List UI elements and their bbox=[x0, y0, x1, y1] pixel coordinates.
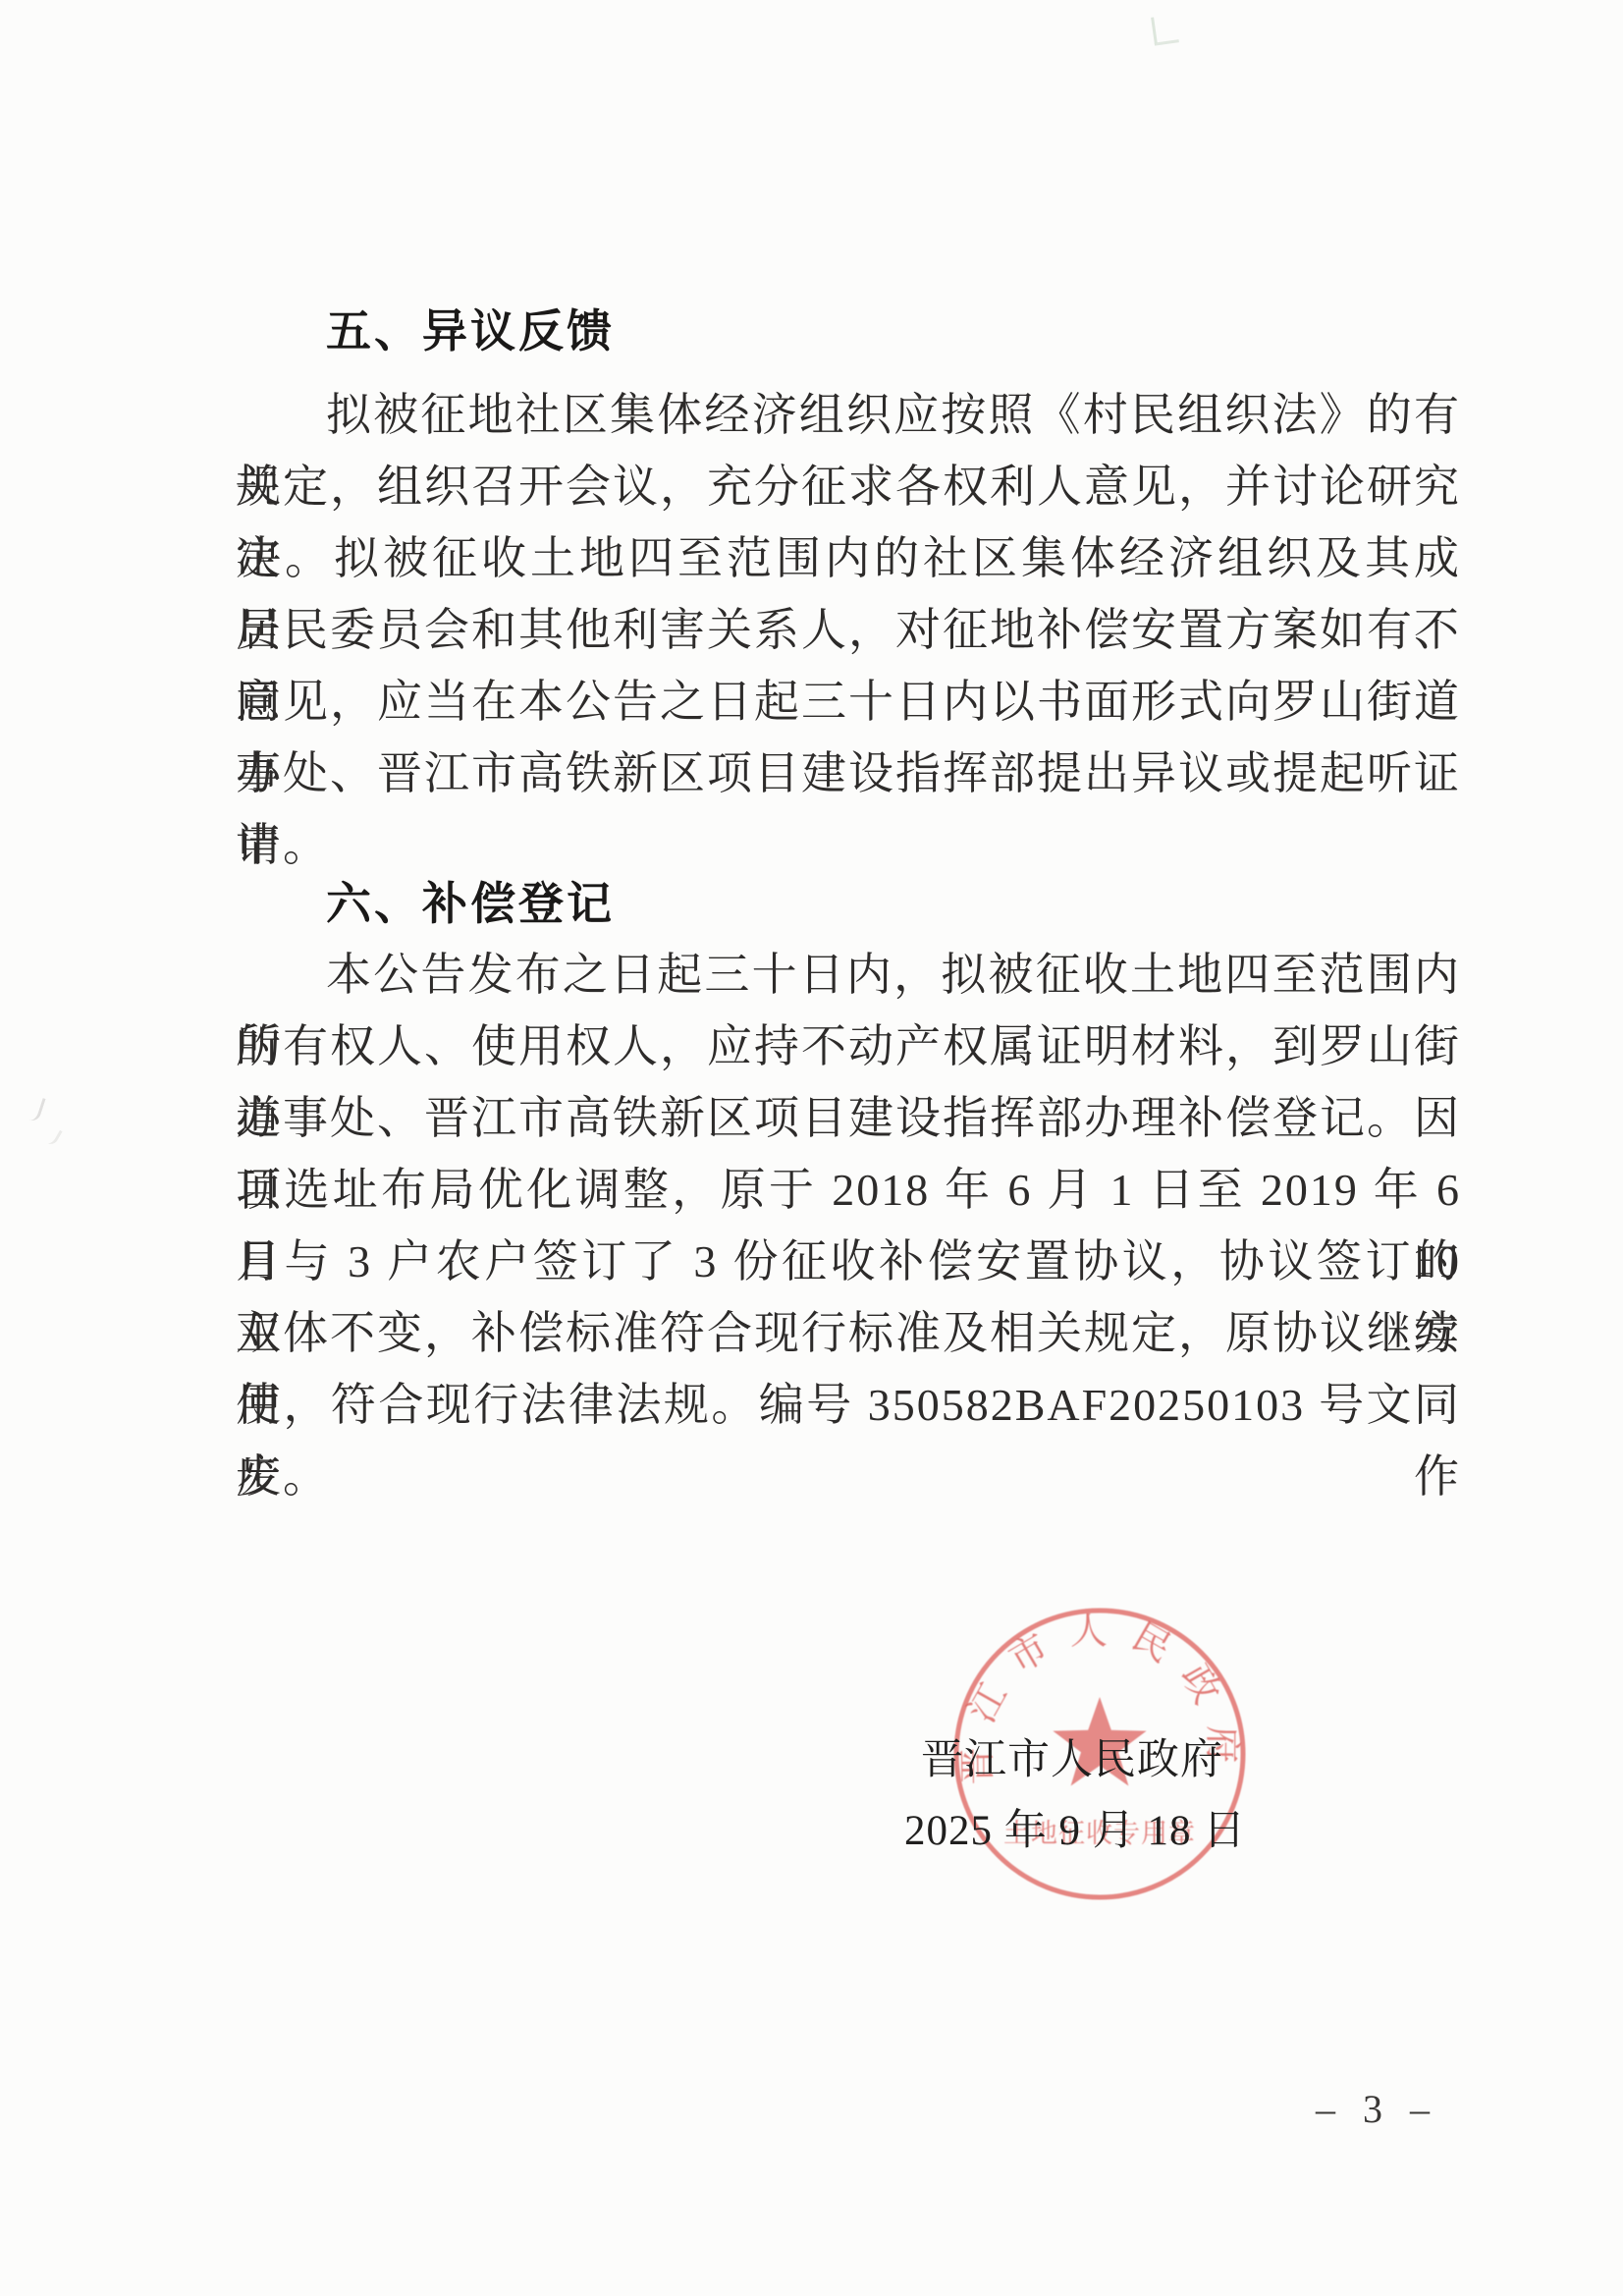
signature-issuer: 晋江市人民政府 bbox=[921, 1726, 1223, 1786]
document-page: 五、异议反馈 拟被征地社区集体经济组织应按照《村民组织法》的有关 规定，组织召开… bbox=[0, 0, 1623, 2296]
paragraph-compensation-registration: 本公告发布之日起三十日内，拟被征收土地四至范围内的 所有权人、使用权人，应持不动… bbox=[236, 939, 1461, 1512]
body-line: 办事处、晋江市高铁新区项目建设指挥部办理补偿登记。因项 bbox=[236, 1082, 1461, 1154]
body-line: 目选址布局优化调整，原于 2018 年 6 月 1 日至 2019 年 6 月 … bbox=[236, 1154, 1461, 1226]
body-line: 请。 bbox=[236, 809, 1461, 881]
body-line: 日与 3 户农户签订了 3 份征收补偿安置协议，协议签订的双方 bbox=[236, 1226, 1461, 1297]
body-line: 所有权人、使用权人，应持不动产权属证明材料，到罗山街道 bbox=[236, 1011, 1461, 1082]
body-line: 居民委员会和其他利害关系人，对征地补偿安置方案如有不同 bbox=[236, 594, 1461, 666]
body-line: 意见，应当在本公告之日起三十日内以书面形式向罗山街道办 bbox=[236, 666, 1461, 738]
scan-artifact bbox=[24, 1094, 45, 1122]
scan-artifact bbox=[43, 1125, 62, 1147]
body-line: 规定，组织召开会议，充分征求各权利人意见，并讨论研究决 bbox=[236, 451, 1461, 522]
body-line: 事处、晋江市高铁新区项目建设指挥部提出异议或提起听证申 bbox=[236, 738, 1461, 809]
page-number: – 3 – bbox=[1316, 2086, 1438, 2132]
section-heading-5: 五、异议反馈 bbox=[326, 296, 615, 367]
signature-date: 2025 年 9 月 18 日 bbox=[904, 1797, 1246, 1857]
body-line: 定。拟被征收土地四至范围内的社区集体经济组织及其成员、 bbox=[236, 522, 1461, 594]
scan-artifact bbox=[1151, 14, 1179, 45]
paragraph-objection-feedback: 拟被征地社区集体经济组织应按照《村民组织法》的有关 规定，组织召开会议，充分征求… bbox=[236, 379, 1461, 881]
body-line: 拟被征地社区集体经济组织应按照《村民组织法》的有关 bbox=[236, 379, 1461, 451]
body-line: 本公告发布之日起三十日内，拟被征收土地四至范围内的 bbox=[236, 939, 1461, 1011]
body-line: 主体不变，补偿标准符合现行标准及相关规定，原协议继续使 bbox=[236, 1297, 1461, 1369]
body-line: 用，符合现行法律法规。编号 350582BAF20250103 号文同步作 bbox=[236, 1369, 1461, 1441]
